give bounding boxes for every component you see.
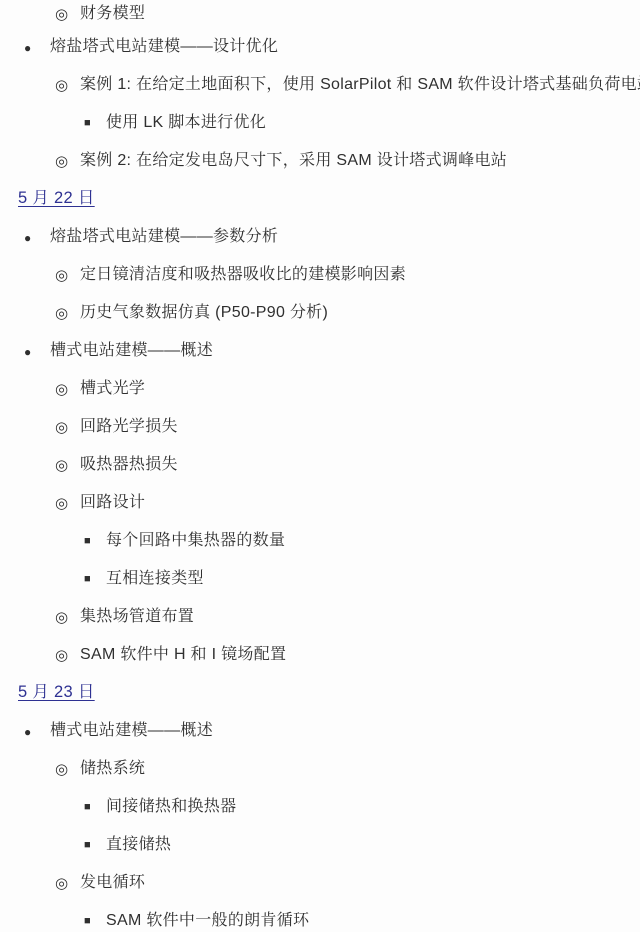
square-bullet-icon: ■ <box>84 574 106 585</box>
square-bullet-icon: ■ <box>84 916 106 927</box>
list-item-sub: ◎案例 1: 在给定土地面积下，使用 SolarPilot 和 SAM 软件设计… <box>0 66 640 104</box>
filled-circle-bullet-icon: ● <box>24 726 50 738</box>
document-body: ◎财务模型●熔盐塔式电站建模——设计优化◎案例 1: 在给定土地面积下，使用 S… <box>0 0 640 932</box>
list-item-sub: ◎回路设计 <box>0 484 640 522</box>
filled-circle-bullet-icon: ● <box>24 42 50 54</box>
list-item-text: SAM 软件中 H 和 I 镜场配置 <box>80 645 286 664</box>
ring-bullet-icon: ◎ <box>55 420 80 435</box>
list-item-text: 槽式光学 <box>80 379 145 398</box>
list-item-text: 储热系统 <box>80 759 145 778</box>
list-item-subsub: ■间接储热和换热器 <box>0 788 640 826</box>
list-item-text: 集热场管道布置 <box>80 607 194 626</box>
list-item-text: 熔盐塔式电站建模——参数分析 <box>50 227 278 246</box>
ring-bullet-icon: ◎ <box>55 268 80 283</box>
ring-bullet-icon: ◎ <box>55 610 80 625</box>
list-item-text: 直接储热 <box>106 835 171 854</box>
list-item-text: 熔盐塔式电站建模——设计优化 <box>50 37 278 56</box>
list-item-text: 使用 LK 脚本进行优化 <box>106 113 266 132</box>
list-item-text: 吸热器热损失 <box>80 455 178 474</box>
list-item-sub: ◎集热场管道布置 <box>0 598 640 636</box>
ring-bullet-icon: ◎ <box>55 496 80 511</box>
ring-bullet-icon: ◎ <box>55 78 80 93</box>
list-item-sub: ◎定日镜清洁度和吸热器吸收比的建模影响因素 <box>0 256 640 294</box>
list-item-text: 定日镜清洁度和吸热器吸收比的建模影响因素 <box>80 265 406 284</box>
list-item-text: SAM 软件中一般的朗肯循环 <box>106 911 309 930</box>
list-item-subsub: ■互相连接类型 <box>0 560 640 598</box>
list-item-sub: ◎储热系统 <box>0 750 640 788</box>
list-item-subsub: ■直接储热 <box>0 826 640 864</box>
list-item-main: ●槽式电站建模——概述 <box>0 712 640 750</box>
list-item-sub: ◎SAM 软件中 H 和 I 镜场配置 <box>0 636 640 674</box>
list-item-main: ●槽式电站建模——概述 <box>0 332 640 370</box>
date-heading: 5 月 22 日 <box>0 180 640 218</box>
list-item-subsub: ■使用 LK 脚本进行优化 <box>0 104 640 142</box>
date-link[interactable]: 5 月 22 日 <box>18 189 95 209</box>
square-bullet-icon: ■ <box>84 536 106 547</box>
list-item-subsub: ■每个回路中集热器的数量 <box>0 522 640 560</box>
square-bullet-icon: ■ <box>84 802 106 813</box>
list-item-text: 回路光学损失 <box>80 417 178 436</box>
list-item-text: 回路设计 <box>80 493 145 512</box>
list-item-sub: ◎吸热器热损失 <box>0 446 640 484</box>
list-item-main: ●熔盐塔式电站建模——参数分析 <box>0 218 640 256</box>
list-item-text: 历史气象数据仿真 (P50-P90 分析) <box>80 303 328 322</box>
list-item-text: 财务模型 <box>80 4 145 23</box>
list-item-subsub: ■SAM 软件中一般的朗肯循环 <box>0 902 640 932</box>
ring-bullet-icon: ◎ <box>55 7 80 22</box>
list-item-sub: ◎财务模型 <box>0 0 640 28</box>
date-heading: 5 月 23 日 <box>0 674 640 712</box>
list-item-sub: ◎历史气象数据仿真 (P50-P90 分析) <box>0 294 640 332</box>
list-item-text: 槽式电站建模——概述 <box>50 721 213 740</box>
list-item-text: 间接储热和换热器 <box>106 797 236 816</box>
list-item-text: 每个回路中集热器的数量 <box>106 531 285 550</box>
ring-bullet-icon: ◎ <box>55 382 80 397</box>
list-item-text: 互相连接类型 <box>106 569 204 588</box>
date-link[interactable]: 5 月 23 日 <box>18 683 95 703</box>
list-item-sub: ◎槽式光学 <box>0 370 640 408</box>
list-item-sub: ◎回路光学损失 <box>0 408 640 446</box>
list-item-sub: ◎案例 2: 在给定发电岛尺寸下，采用 SAM 设计塔式调峰电站 <box>0 142 640 180</box>
list-item-text: 案例 1: 在给定土地面积下，使用 SolarPilot 和 SAM 软件设计塔… <box>80 75 640 94</box>
ring-bullet-icon: ◎ <box>55 762 80 777</box>
ring-bullet-icon: ◎ <box>55 458 80 473</box>
filled-circle-bullet-icon: ● <box>24 232 50 244</box>
square-bullet-icon: ■ <box>84 840 106 851</box>
filled-circle-bullet-icon: ● <box>24 346 50 358</box>
list-item-sub: ◎发电循环 <box>0 864 640 902</box>
list-item-text: 槽式电站建模——概述 <box>50 341 213 360</box>
list-item-text: 案例 2: 在给定发电岛尺寸下，采用 SAM 设计塔式调峰电站 <box>80 151 507 170</box>
ring-bullet-icon: ◎ <box>55 154 80 169</box>
list-item-text: 发电循环 <box>80 873 145 892</box>
list-item-main: ●熔盐塔式电站建模——设计优化 <box>0 28 640 66</box>
ring-bullet-icon: ◎ <box>55 648 80 663</box>
ring-bullet-icon: ◎ <box>55 306 80 321</box>
ring-bullet-icon: ◎ <box>55 876 80 891</box>
square-bullet-icon: ■ <box>84 118 106 129</box>
